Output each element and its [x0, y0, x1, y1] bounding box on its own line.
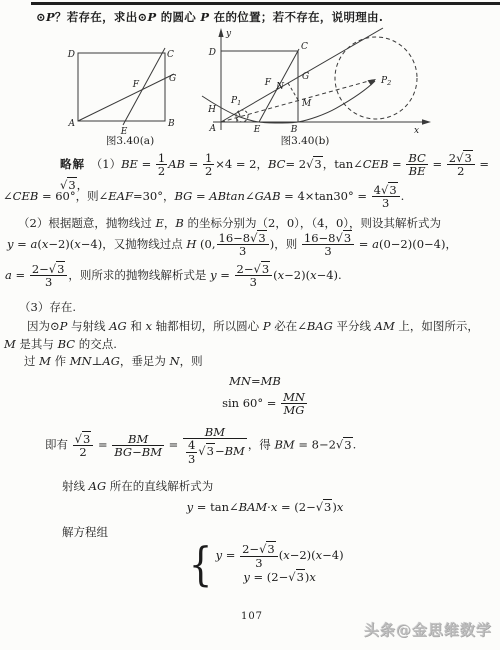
solution-line-2: ∠CEB = 60°，则∠EAF=30°，BG = ABtan∠GAB = 4×…	[3, 184, 497, 210]
label-a: A	[68, 119, 76, 129]
solution-line-7: 因为⊙P 与射线 AG 和 x 轴都相切，所以圆心 P 必在∠BAG 平分线 A…	[3, 319, 497, 334]
system-column: y = 2−√33(x−2)(x−4)y = (2−√3)x	[216, 542, 344, 586]
label-n: N	[275, 82, 285, 92]
equation-sin60: sin 60° = MNMG	[30, 391, 500, 417]
figure-a-caption: 图3.40(a)	[80, 133, 180, 148]
line-ag	[78, 74, 174, 121]
solution-line-6: （3）存在.	[3, 300, 497, 315]
solution-line-3: （2）根据题意，抛物线过 E，B 的坐标分别为（2，0），（4，0），则设其解析…	[3, 216, 497, 231]
figure-b-caption: 图3.40(b)	[255, 133, 355, 148]
angle-arc-1	[236, 118, 237, 122]
label-p1: P1	[230, 96, 241, 107]
solution-line-12: 即有 √32 = BMBG−BM = BM43√3−BM，得 BM = 8−2√…	[3, 426, 497, 465]
segment-mn	[288, 83, 298, 100]
label-c: C	[301, 42, 308, 52]
equation-mn-mb: MN=MB	[10, 374, 500, 389]
solution-label: 略解	[60, 157, 85, 171]
figure-b: x y D C A B E F G H M N P1 P2	[195, 27, 490, 145]
label-f: F	[132, 80, 140, 90]
page-number: 107	[202, 611, 302, 622]
label-m: M	[301, 99, 312, 109]
label-a: A	[209, 124, 217, 134]
system-wrap: {y = 2−√33(x−2)(x−4)y = (2−√3)x	[186, 541, 343, 587]
label-d: D	[208, 48, 216, 58]
x-axis-arrow	[422, 119, 431, 124]
system-eq-2: y = (2−√3)x	[216, 570, 344, 585]
line-ec	[123, 48, 165, 125]
label-h: H	[207, 105, 216, 115]
solution-line-9: 过 M 作 MN⊥AG，垂足为 N，则	[3, 354, 497, 369]
y-axis-arrow	[218, 28, 223, 37]
solution-line-13: 射线 AG 所在的直线解析式为	[3, 479, 497, 494]
solution-line-4: y = a(x−2)(x−4)，又抛物线过点 H (0,16−8√33)，则 1…	[3, 232, 497, 258]
top-rule	[31, 2, 500, 5]
equation-system: {y = 2−√33(x−2)(x−4)y = (2−√3)x	[30, 541, 500, 587]
watermark: 头条@金思维数学	[364, 619, 492, 640]
label-f: F	[264, 78, 272, 88]
circle-p2	[335, 37, 417, 119]
system-eq-1: y = 2−√33(x−2)(x−4)	[216, 543, 344, 569]
label-x-axis: x	[414, 126, 419, 136]
label-p2: P2	[380, 76, 391, 87]
angle-arc-2	[238, 112, 240, 117]
label-g: G	[302, 72, 309, 82]
parabola-curve	[202, 81, 375, 123]
problem-statement: ⊙P？若存在，求出⊙P 的圆心 P 在的位置；若不存在，说明理由.	[36, 9, 490, 25]
figure-a: D C A B E F G	[62, 33, 202, 145]
label-d: D	[67, 50, 75, 60]
label-y-axis: y	[225, 29, 232, 39]
rectangle-edges	[221, 51, 298, 122]
label-g: G	[169, 74, 176, 84]
equation-line-ag: y = tan∠BAM·x = (2−√3)x	[30, 500, 500, 515]
solution-line-15: 解方程组	[3, 525, 497, 540]
system-brace: {	[189, 541, 212, 587]
rectangle-abcd	[78, 53, 165, 121]
label-b: B	[167, 119, 175, 129]
solution-line-5: a = 2−√33，则所求的抛物线解析式是 y = 2−√33(x−2)(x−4…	[3, 263, 497, 289]
solution-line-8: M 是其与 BC 的交点.	[3, 337, 497, 352]
label-c: C	[167, 50, 174, 60]
bisector-am	[221, 80, 373, 122]
